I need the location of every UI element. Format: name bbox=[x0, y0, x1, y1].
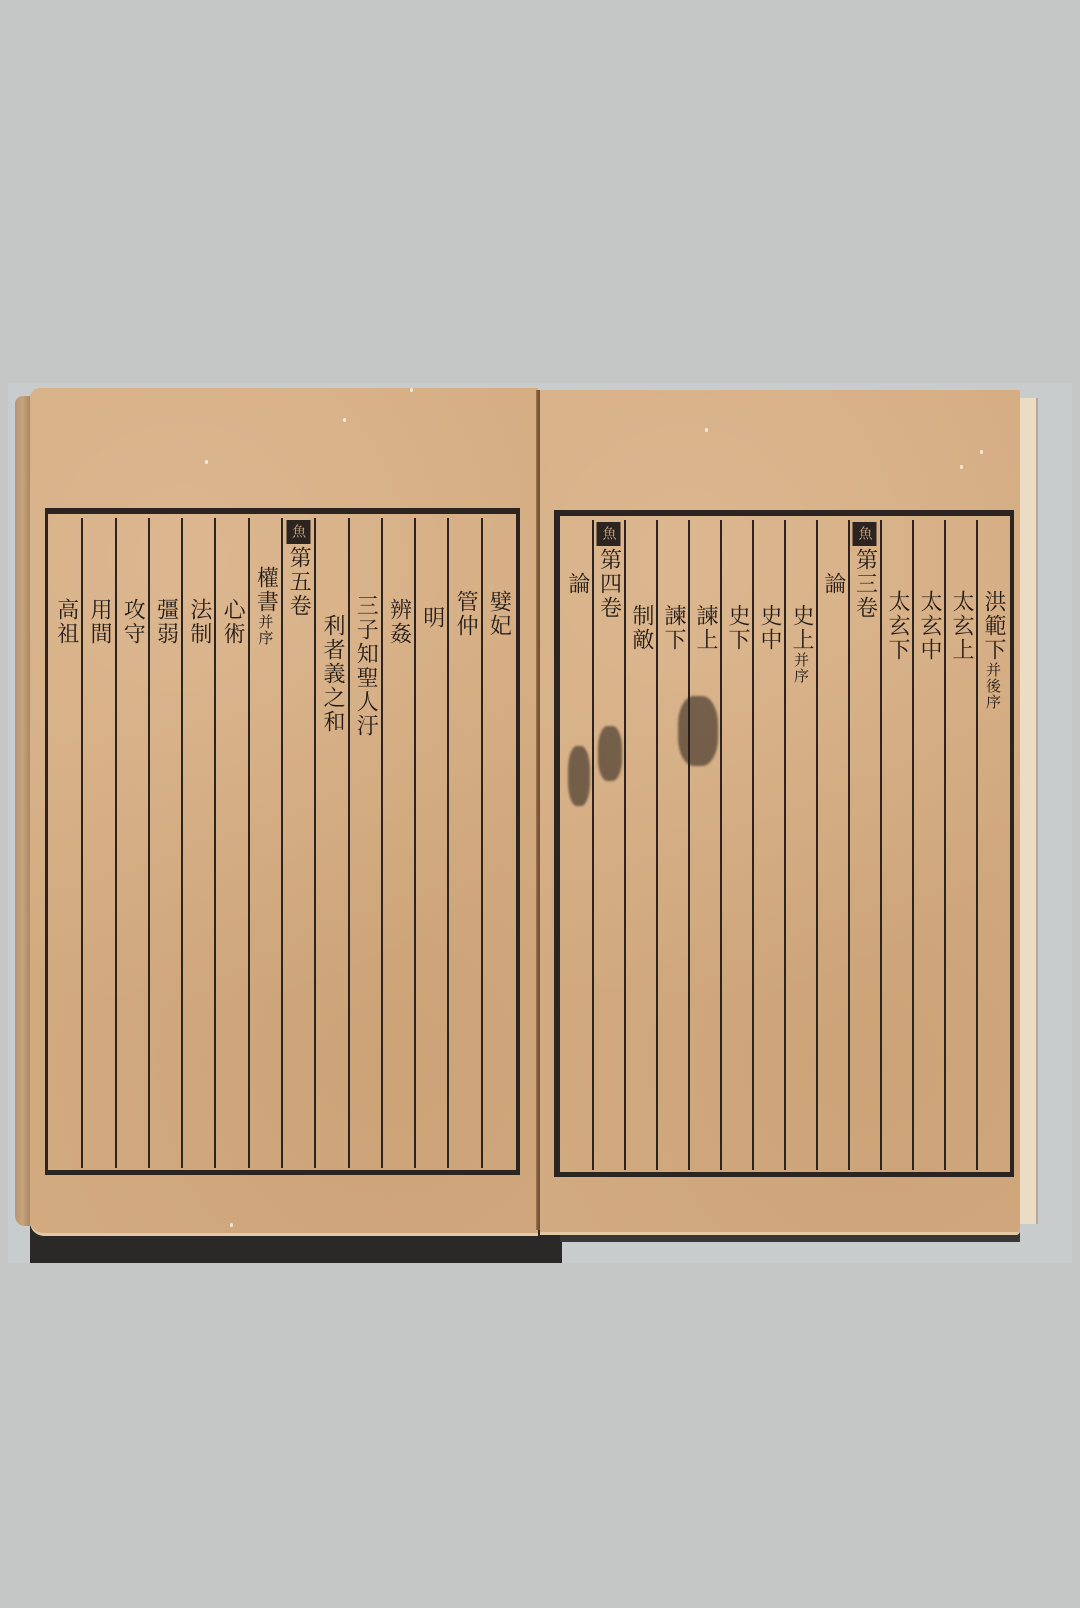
column: 太玄中 bbox=[912, 520, 944, 1170]
paper-speck bbox=[980, 450, 983, 454]
toc-entry-note: 并序 bbox=[256, 614, 274, 646]
column: 史中 bbox=[752, 520, 784, 1170]
column: 用間 bbox=[81, 518, 114, 1168]
column: 彊弱 bbox=[148, 518, 181, 1168]
column-volume-heading: 魚第四卷 bbox=[592, 520, 624, 1170]
column: 三子知聖人汙 bbox=[348, 518, 381, 1168]
column: 利者義之和 bbox=[314, 518, 347, 1168]
toc-entry: 嬖妃 bbox=[487, 590, 509, 638]
toc-entry-title: 洪範下 bbox=[981, 590, 1006, 662]
paper-speck bbox=[705, 428, 708, 432]
toc-entry: 明 bbox=[421, 606, 443, 630]
volume-heading: 魚第四卷 bbox=[594, 522, 625, 620]
ink-stain bbox=[568, 746, 590, 806]
toc-entry: 心術 bbox=[221, 598, 243, 646]
column: 諫上 bbox=[688, 520, 720, 1170]
ink-stain bbox=[598, 726, 622, 781]
toc-entry: 權書并序 bbox=[254, 566, 276, 646]
left-page-columns: 嬖妃 管仲 明 辨姦 三子知聖人汙 利者義之和 魚第五卷 權書并序 心術 法制 bbox=[50, 518, 514, 1168]
toc-entry: 諫下 bbox=[662, 604, 684, 652]
toc-entry: 論 bbox=[822, 572, 844, 596]
toc-entry: 三子知聖人汙 bbox=[354, 594, 376, 738]
toc-entry: 彊弱 bbox=[155, 598, 177, 646]
toc-entry: 洪範下并後序 bbox=[982, 590, 1004, 710]
column: 論 bbox=[562, 520, 592, 1170]
toc-entry: 太玄中 bbox=[918, 590, 940, 662]
toc-entry-title: 史上 bbox=[789, 604, 814, 652]
column-volume-heading: 魚第五卷 bbox=[281, 518, 314, 1168]
toc-entry: 史上并序 bbox=[790, 604, 812, 684]
column: 嬖妃 bbox=[481, 518, 514, 1168]
fish-tail-mark-icon: 魚 bbox=[597, 522, 621, 546]
toc-entry-note: 并序 bbox=[792, 652, 810, 684]
toc-entry: 管仲 bbox=[454, 590, 476, 638]
column: 論 bbox=[816, 520, 848, 1170]
toc-entry: 辨姦 bbox=[388, 598, 410, 646]
column: 高祖 bbox=[50, 518, 81, 1168]
column: 辨姦 bbox=[381, 518, 414, 1168]
fish-tail-mark-icon: 魚 bbox=[853, 522, 877, 546]
volume-heading-text: 第三卷 bbox=[853, 548, 878, 620]
toc-entry: 太玄上 bbox=[950, 590, 972, 662]
toc-entry: 史下 bbox=[726, 604, 748, 652]
column: 太玄上 bbox=[944, 520, 976, 1170]
right-page-stack-edge bbox=[1020, 398, 1038, 1224]
column: 心術 bbox=[214, 518, 247, 1168]
ink-stain bbox=[678, 696, 718, 766]
column: 制敵 bbox=[624, 520, 656, 1170]
fish-tail-mark-icon: 魚 bbox=[286, 520, 310, 544]
paper-speck bbox=[230, 1223, 233, 1227]
volume-heading-text: 第五卷 bbox=[286, 546, 311, 618]
toc-entry-note: 并後序 bbox=[984, 662, 1002, 710]
right-page-columns: 洪範下并後序 太玄上 太玄中 太玄下 魚第三卷 論 史上并序 史中 史下 諫上 bbox=[562, 520, 1008, 1170]
paper-speck bbox=[960, 465, 963, 469]
column: 史下 bbox=[720, 520, 752, 1170]
toc-entry: 制敵 bbox=[630, 604, 652, 652]
toc-entry: 利者義之和 bbox=[321, 614, 343, 734]
toc-entry: 攻守 bbox=[121, 598, 143, 646]
column: 權書并序 bbox=[248, 518, 281, 1168]
column: 攻守 bbox=[115, 518, 148, 1168]
toc-entry: 法制 bbox=[188, 598, 210, 646]
toc-entry: 高祖 bbox=[55, 598, 77, 646]
toc-entry: 太玄下 bbox=[886, 590, 908, 662]
column: 法制 bbox=[181, 518, 214, 1168]
column: 明 bbox=[414, 518, 447, 1168]
column: 太玄下 bbox=[880, 520, 912, 1170]
toc-entry-title: 權書 bbox=[253, 566, 278, 614]
paper-speck bbox=[205, 460, 208, 464]
right-page-frame: 洪範下并後序 太玄上 太玄中 太玄下 魚第三卷 論 史上并序 史中 史下 諫上 bbox=[554, 510, 1014, 1177]
toc-entry: 用間 bbox=[88, 598, 110, 646]
column: 洪範下并後序 bbox=[976, 520, 1008, 1170]
volume-heading: 魚第五卷 bbox=[283, 520, 314, 618]
toc-entry: 史中 bbox=[758, 604, 780, 652]
column-volume-heading: 魚第三卷 bbox=[848, 520, 880, 1170]
column: 史上并序 bbox=[784, 520, 816, 1170]
paper-speck bbox=[410, 388, 413, 392]
volume-heading-text: 第四卷 bbox=[597, 548, 622, 620]
paper-speck bbox=[343, 418, 346, 422]
toc-entry: 論 bbox=[566, 572, 588, 596]
toc-entry: 諫上 bbox=[694, 604, 716, 652]
volume-heading: 魚第三卷 bbox=[850, 522, 881, 620]
column: 管仲 bbox=[447, 518, 480, 1168]
left-page-frame: 嬖妃 管仲 明 辨姦 三子知聖人汙 利者義之和 魚第五卷 權書并序 心術 法制 bbox=[45, 508, 520, 1175]
column: 諫下 bbox=[656, 520, 688, 1170]
